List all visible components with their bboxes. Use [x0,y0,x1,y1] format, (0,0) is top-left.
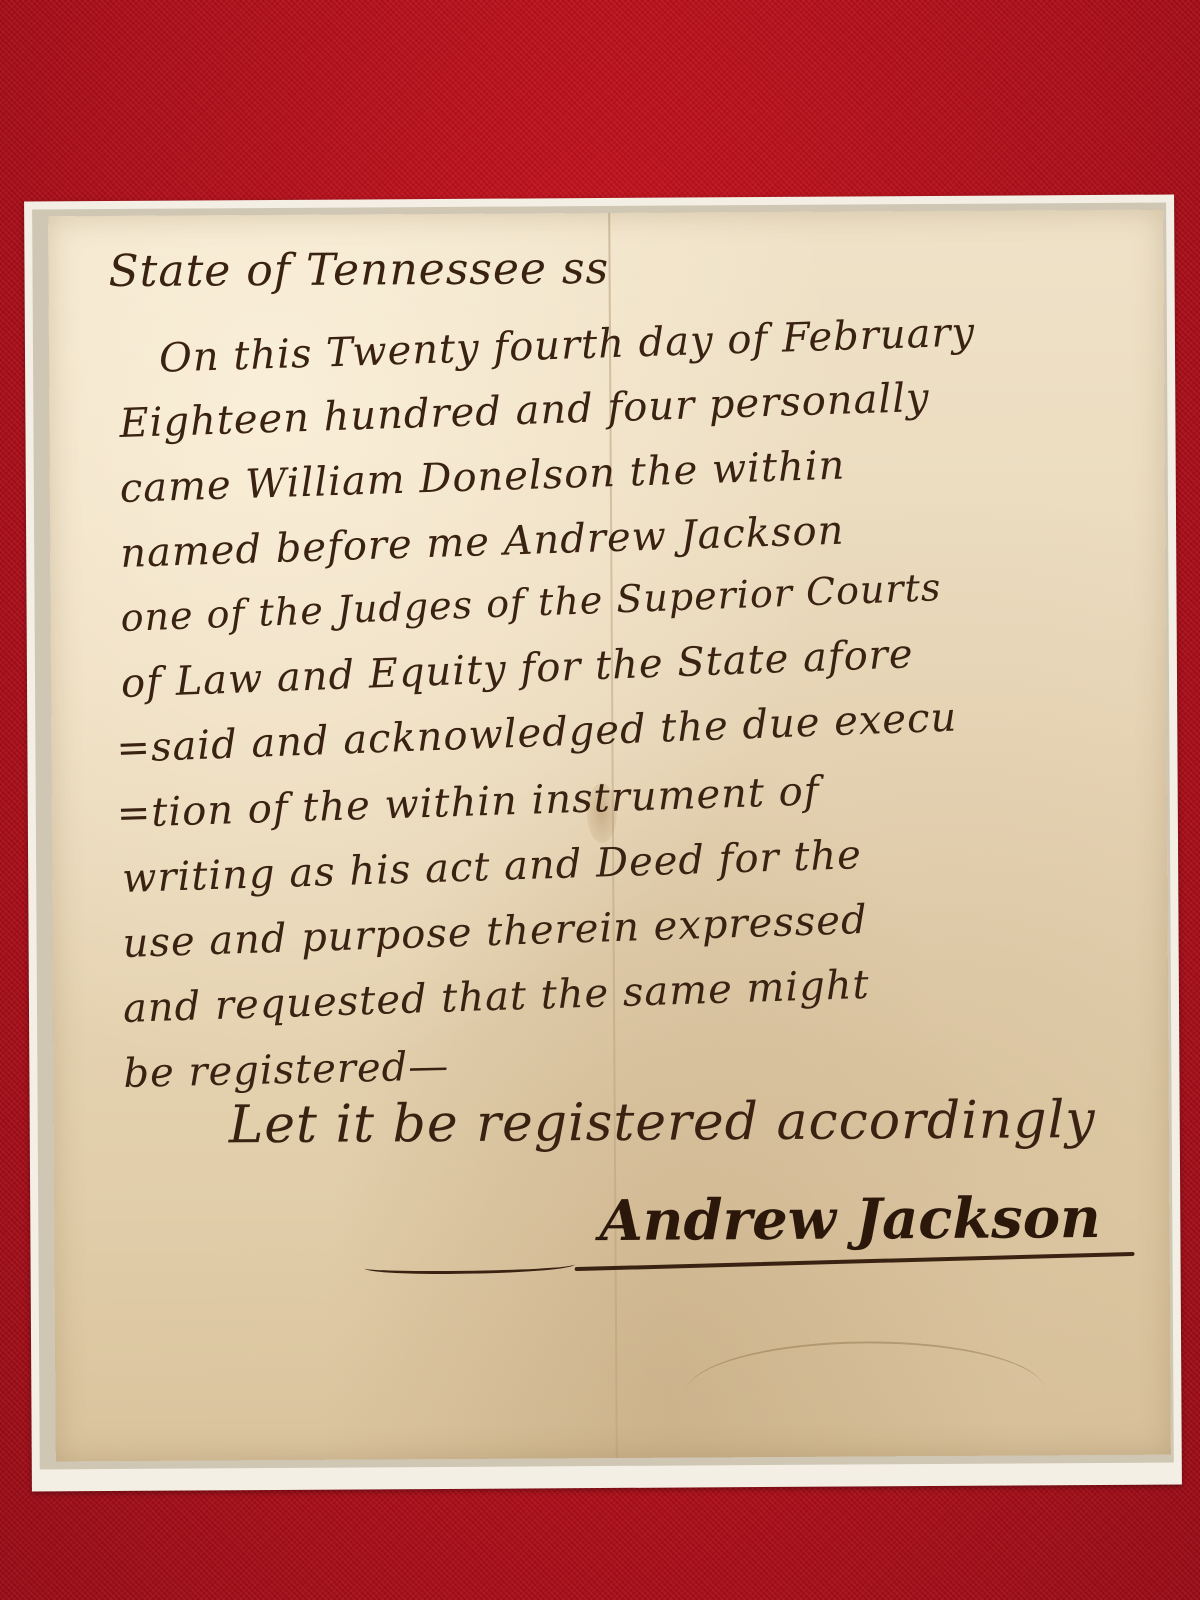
body-line: came William Donelson the within [119,443,846,512]
body-line: be registered— [123,1043,450,1097]
body-line: =tion of the within instrument of [116,768,820,837]
closing-line: Let it be registered accordingly [229,1090,1096,1155]
body-line: writing as his act and Deed for the [122,832,863,902]
handwritten-text: State of Tennessee ss On this Twenty fou… [48,210,1171,1462]
document-paper: State of Tennessee ss On this Twenty fou… [48,210,1171,1462]
document-heading: State of Tennessee ss [108,243,609,297]
body-line: On this Twenty fourth day of February [158,309,975,381]
signature: Andrew Jackson [599,1185,1101,1254]
body-line: one of the Judges of the Superior Courts [120,565,942,640]
body-line: Eighteen hundred and four personally [119,375,931,447]
body-line: use and purpose therein expressed [122,897,868,967]
signature-flourish [365,1258,575,1274]
body-line: and requested that the same might [122,962,870,1032]
body-line: =said and acknowledged the due execu [116,694,958,772]
body-line: of Law and Equity for the State afore [120,631,914,707]
body-line: named before me Andrew Jackson [120,508,846,577]
signature-underline [575,1252,1135,1271]
